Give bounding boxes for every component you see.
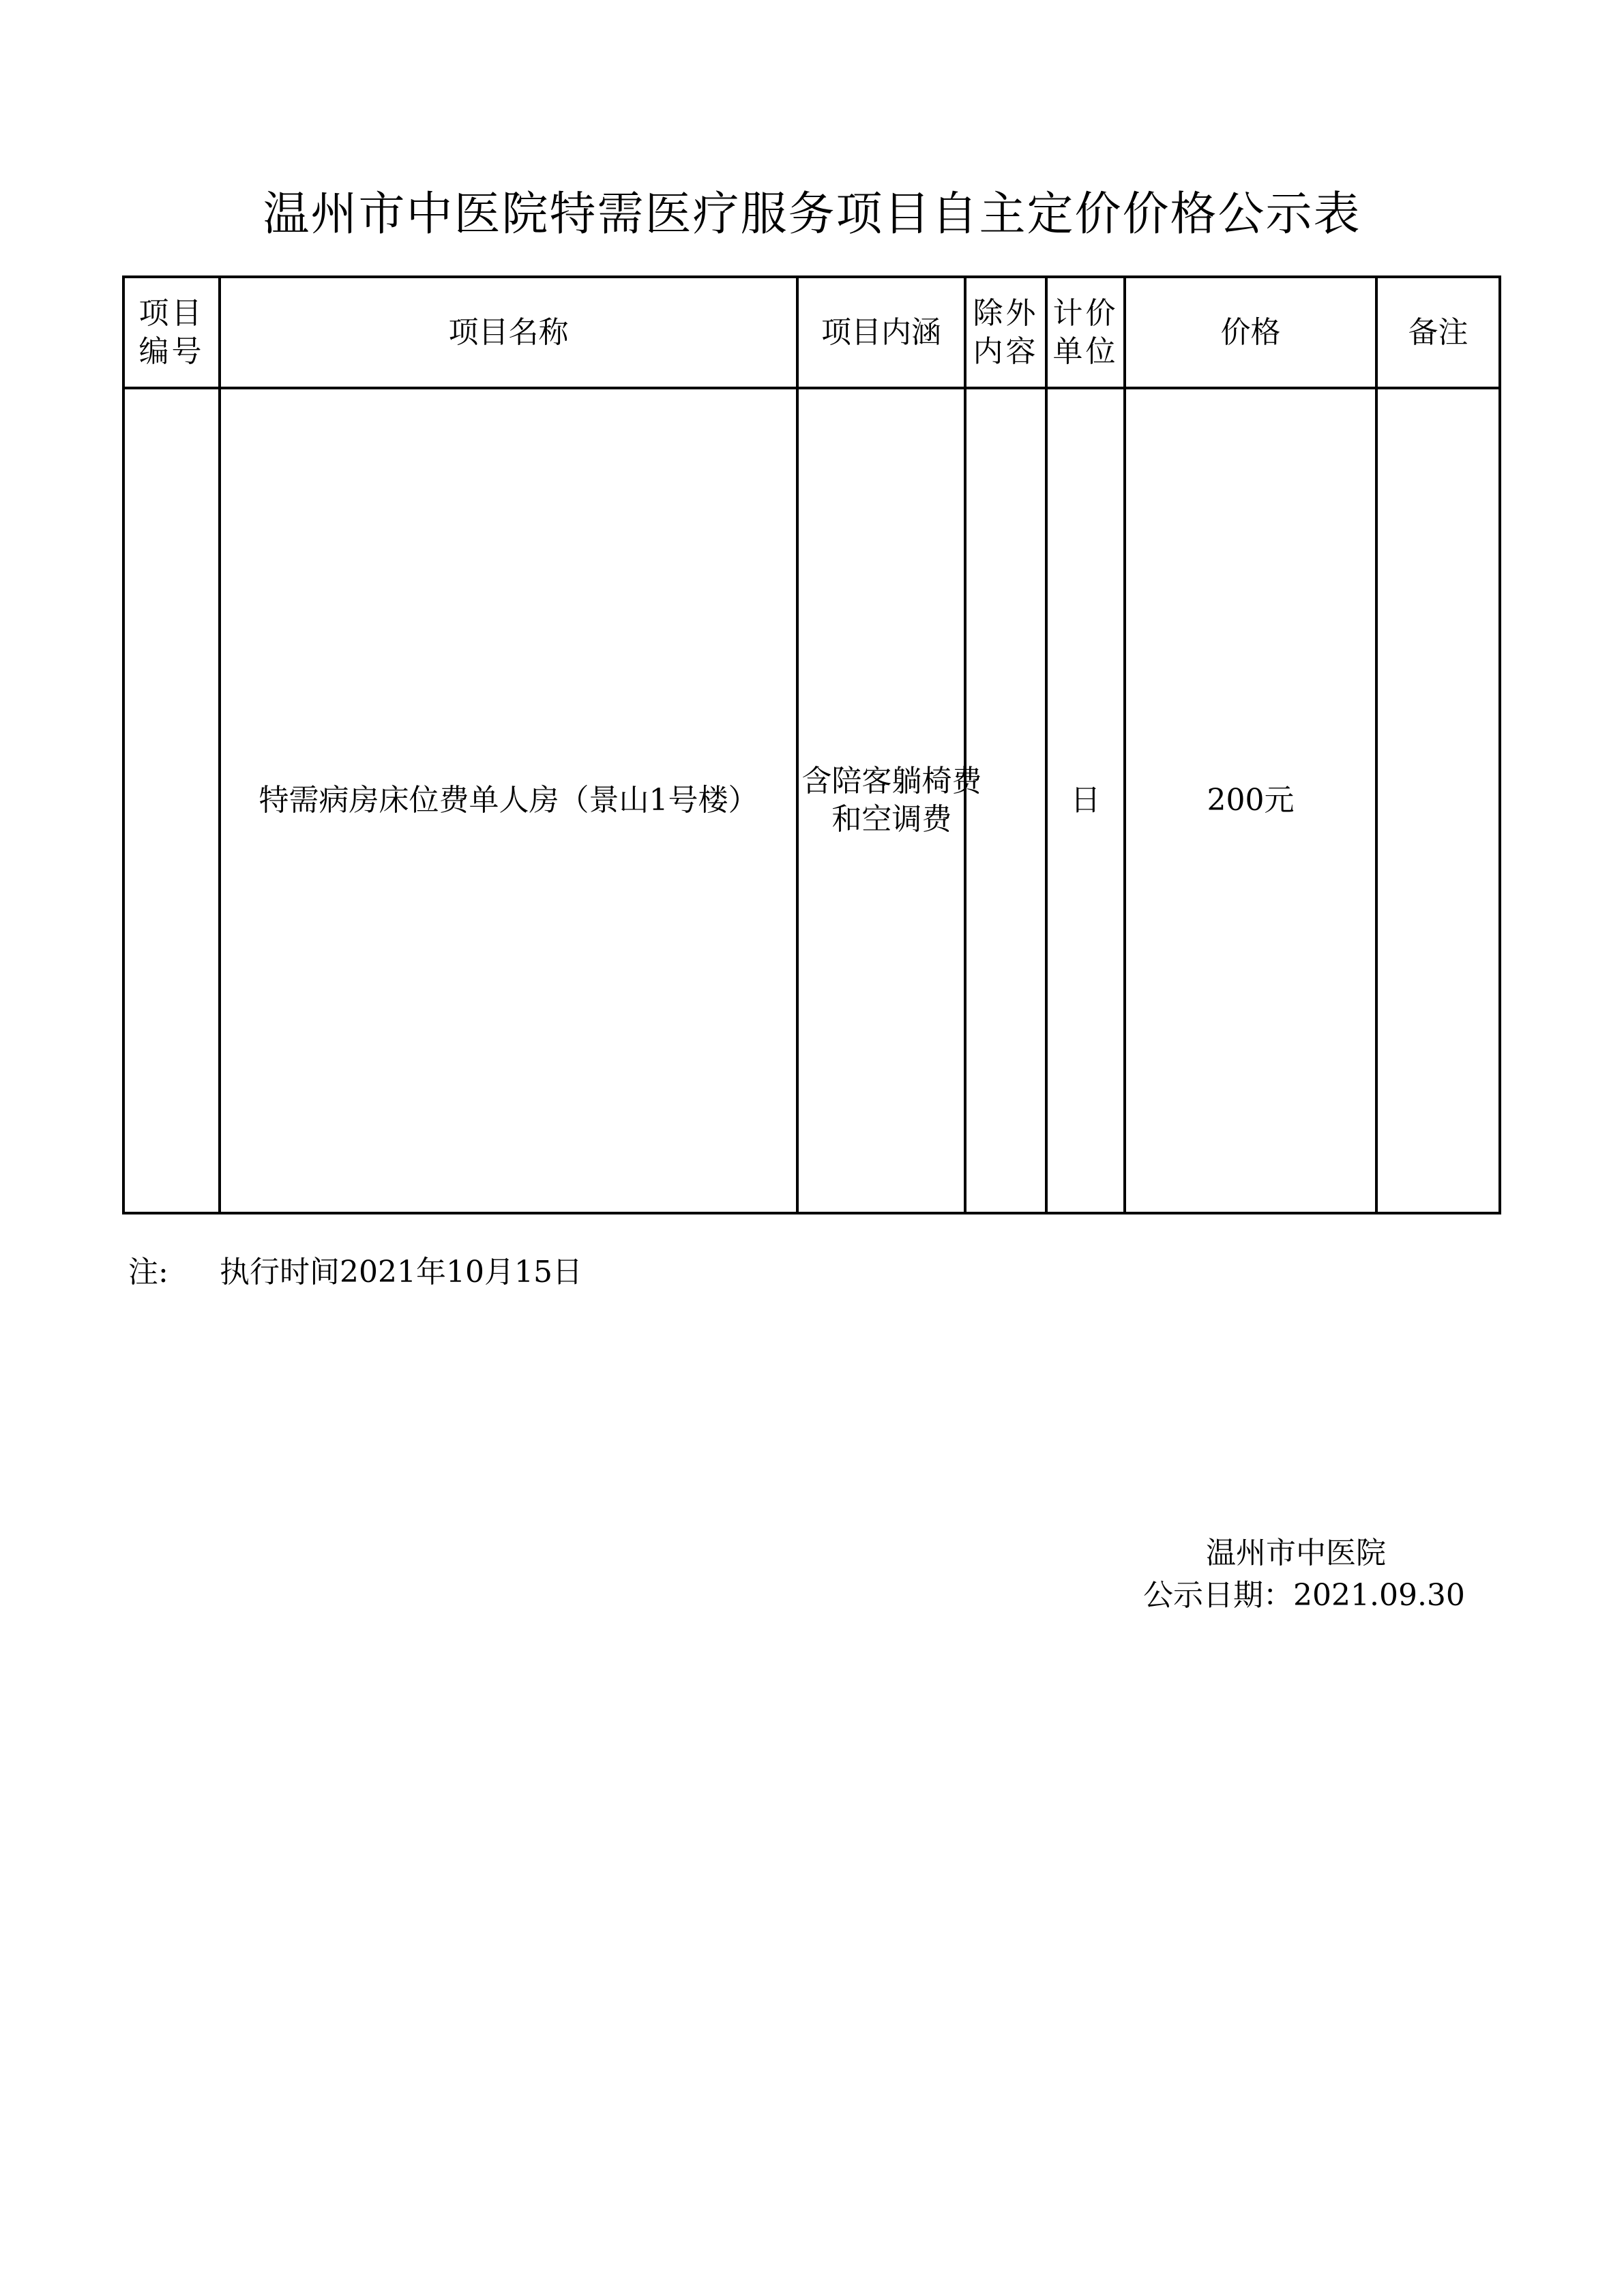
cell-unit: 日 xyxy=(1046,388,1125,1213)
signature-block: 温州市中医院 公示日期：2021.09.30 xyxy=(1132,1532,1460,1617)
price-table: 项目编号 项目名称 项目内涵 除外内容 计价单位 价格 备注 特需病房床位费单人… xyxy=(122,275,1501,1214)
cell-remarks xyxy=(1376,388,1500,1213)
publication-date: 公示日期：2021.09.30 xyxy=(1143,1575,1460,1617)
footnote-label: 注: xyxy=(128,1253,220,1292)
header-item-content: 项目内涵 xyxy=(797,277,965,388)
footnote-text: 执行时间2021年10月15日 xyxy=(220,1255,582,1289)
signature-organization: 温州市中医院 xyxy=(1132,1532,1460,1575)
header-remarks: 备注 xyxy=(1376,277,1500,388)
table-header-row: 项目编号 项目名称 项目内涵 除外内容 计价单位 价格 备注 xyxy=(123,277,1500,388)
table-row: 特需病房床位费单人房（景山1号楼） 含陪客躺椅费和空调费 日 200元 xyxy=(123,388,1500,1213)
cell-item-name: 特需病房床位费单人房（景山1号楼） xyxy=(220,388,797,1213)
page-title: 温州市中医院特需医疗服务项目自主定价价格公示表 xyxy=(0,185,1624,244)
header-unit: 计价单位 xyxy=(1046,277,1125,388)
header-price: 价格 xyxy=(1125,277,1376,388)
header-item-no: 项目编号 xyxy=(123,277,220,388)
header-item-name: 项目名称 xyxy=(220,277,797,388)
footnote: 注:执行时间2021年10月15日 xyxy=(128,1253,582,1292)
cell-item-no xyxy=(123,388,220,1213)
cell-price: 200元 xyxy=(1125,388,1376,1213)
header-exclusions: 除外内容 xyxy=(965,277,1046,388)
cell-item-content: 含陪客躺椅费和空调费 xyxy=(797,388,965,1213)
